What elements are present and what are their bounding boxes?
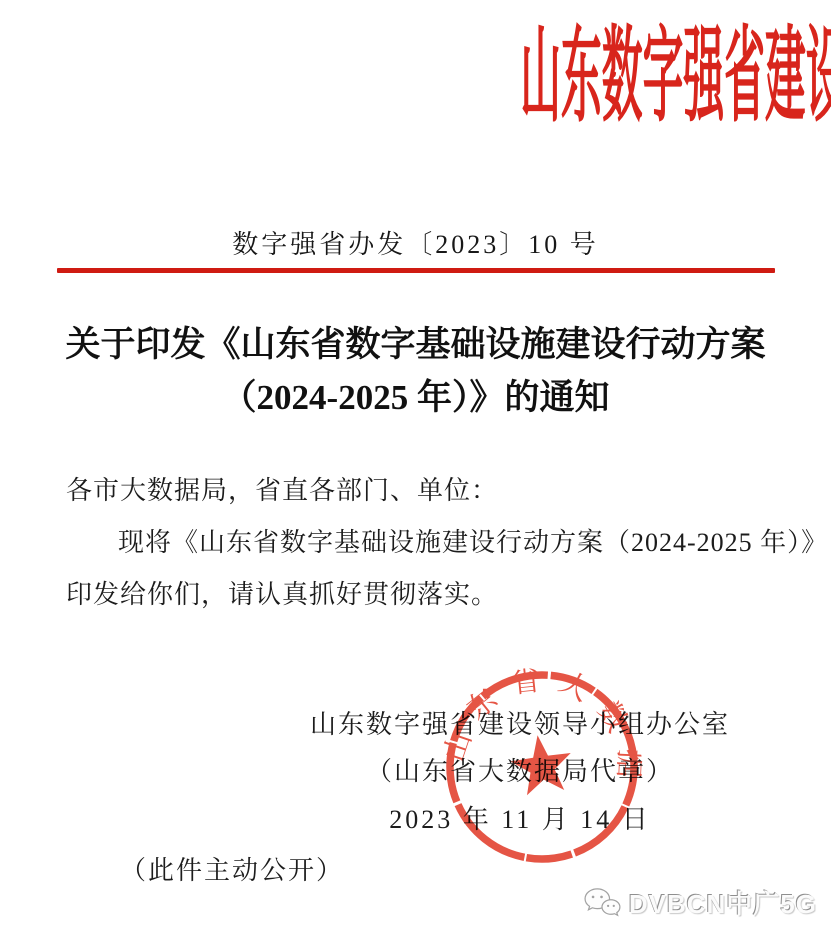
signature-org: 山东数字强省建设领导小组办公室 bbox=[310, 704, 730, 741]
signature-date: 2023 年 11 月 14 日 bbox=[389, 799, 651, 836]
body-paragraph-line2: 印发给你们，请认真抓好贯彻落实。 bbox=[66, 574, 498, 611]
watermark: DVBCN中广5G bbox=[583, 884, 817, 921]
body-paragraph-line1: 现将《山东省数字基础设施建设行动方案（2024-2025 年）》 bbox=[118, 522, 828, 559]
doc-number: 数字强省办发〔2023〕10 号 bbox=[0, 224, 831, 261]
wechat-icon bbox=[583, 887, 621, 919]
red-divider bbox=[57, 268, 775, 273]
signature-on-behalf: （山东省大数据局代章） bbox=[366, 751, 674, 788]
letterhead: 山东数字强省建设领导小组办公室文件 bbox=[0, 22, 831, 140]
salutation: 各市大数据局，省直各部门、单位： bbox=[66, 470, 498, 507]
letterhead-title: 山东数字强省建设领导小组办公室文件 bbox=[520, 21, 831, 135]
watermark-label: DVBCN中广5G bbox=[629, 884, 817, 921]
document-title: 关于印发《山东省数字基础设施建设行动方案 （2024-2025 年）》的通知 bbox=[0, 318, 831, 424]
document-page: 山东数字强省建设领导小组办公室文件 数字强省办发〔2023〕10 号 关于印发《… bbox=[0, 0, 831, 932]
public-disclosure-note: （此件主动公开） bbox=[120, 850, 344, 887]
document-title-line1: 关于印发《山东省数字基础设施建设行动方案 bbox=[0, 318, 831, 371]
document-title-line2: （2024-2025 年）》的通知 bbox=[0, 371, 831, 424]
